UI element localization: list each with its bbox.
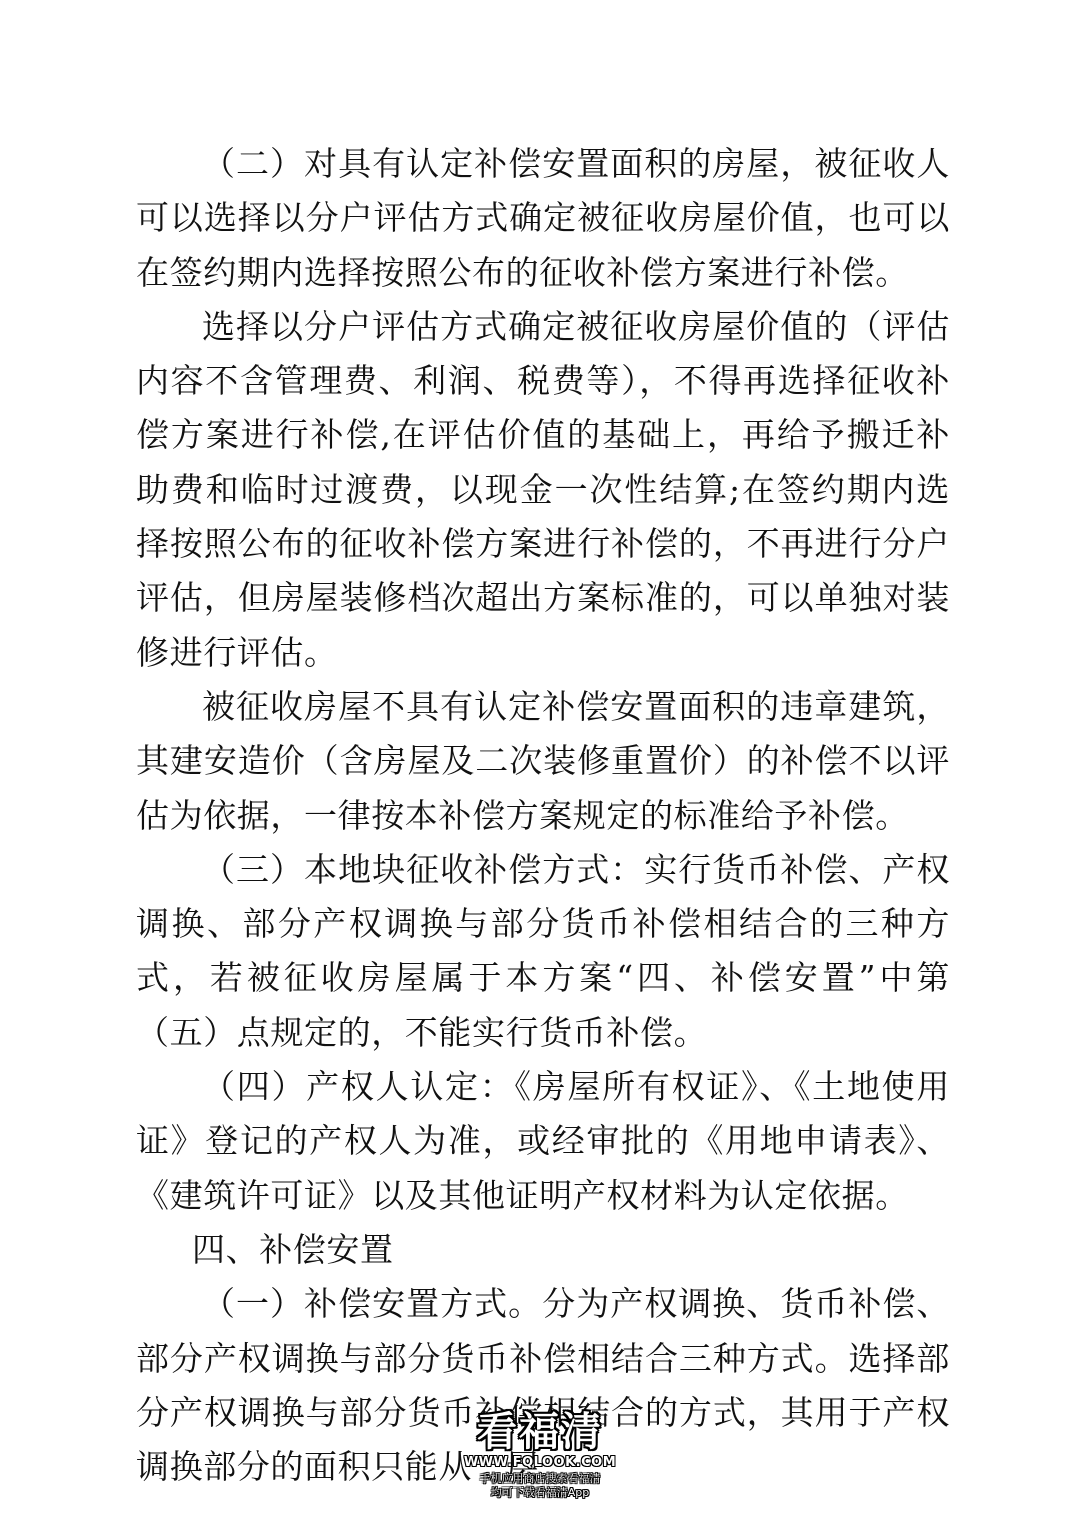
document-page: （二）对具有认定补偿安置面积的房屋，被征收人可以选择以分户评估方式确定被征收房屋… (136, 137, 950, 1494)
paragraph-option-four: （四）产权人认定：《房屋所有权证》、《土地使用证》登记的产权人为准，或经审批的《… (136, 1060, 950, 1223)
watermark: 看福清 WWW.FQLOOK.COM 手机应用商店搜索看福清 均可下载看福清Ap… (440, 1410, 640, 1500)
section-heading-compensation: 四、补偿安置 (136, 1223, 950, 1277)
paragraph-appraisal-choice: 选择以分户评估方式确定被征收房屋价值的（评估内容不含管理费、利润、税费等），不得… (136, 300, 950, 680)
paragraph-option-three: （三）本地块征收补偿方式：实行货币补偿、产权调换、部分产权调换与部分货币补偿相结… (136, 843, 950, 1060)
watermark-line-2: 均可下载看福清App (440, 1486, 640, 1500)
watermark-url: WWW.FQLOOK.COM (440, 1454, 640, 1472)
paragraph-option-two: （二）对具有认定补偿安置面积的房屋，被征收人可以选择以分户评估方式确定被征收房屋… (136, 137, 950, 300)
paragraph-illegal-buildings: 被征收房屋不具有认定补偿安置面积的违章建筑，其建安造价（含房屋及二次装修重置价）… (136, 680, 950, 843)
watermark-logo: 看福清 (440, 1410, 640, 1454)
watermark-line-1: 手机应用商店搜索看福清 (440, 1472, 640, 1486)
